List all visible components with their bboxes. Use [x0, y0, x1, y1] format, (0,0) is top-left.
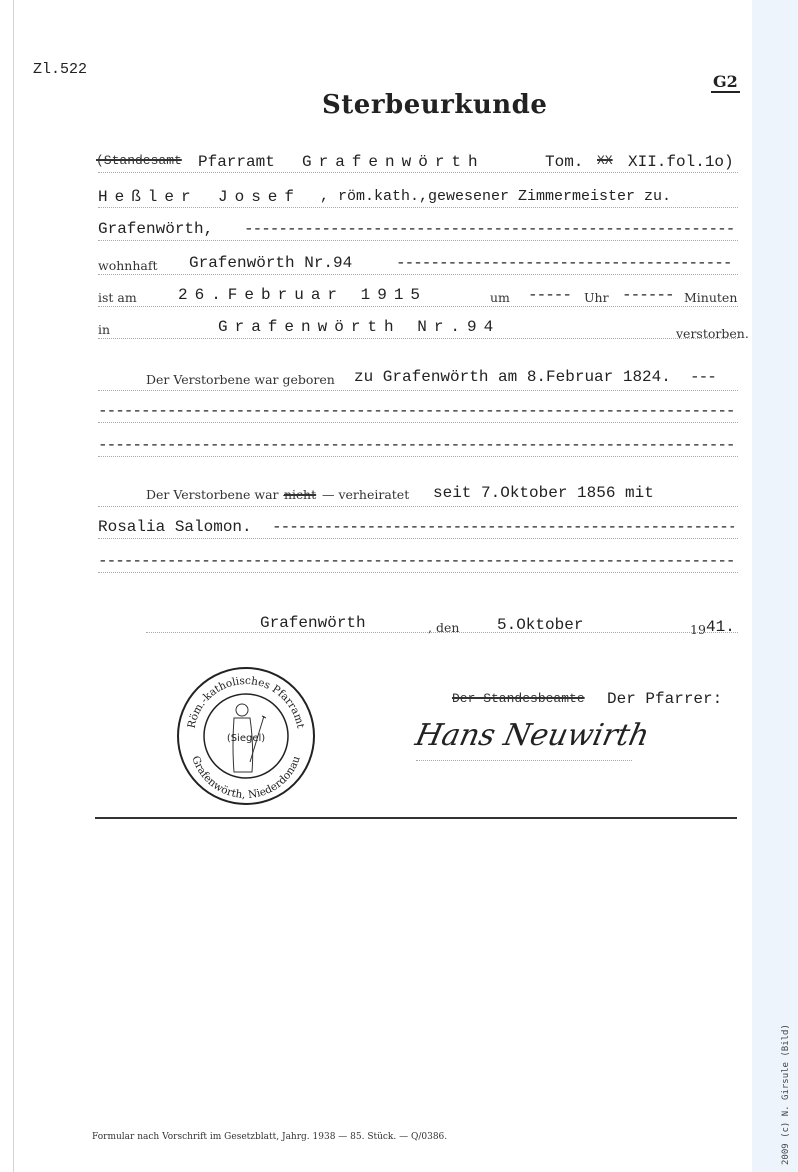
- fill-dashes: ----------------------------------------…: [98, 402, 736, 420]
- tome-label: Tom.: [545, 153, 583, 171]
- fill-dashes: ----------------------------------------…: [396, 254, 734, 272]
- minute-dashes: ------: [622, 286, 680, 304]
- death-place-value: Grafenwörth Nr.94: [218, 318, 500, 336]
- residence-value: Grafenwörth Nr.94: [189, 254, 352, 272]
- fill-dashes: ----------------------------------------…: [272, 518, 734, 536]
- signature: Hans Neuwirth: [412, 718, 652, 753]
- struck-standesamt: (Standesamt: [96, 153, 182, 168]
- fill-dashes: ----------------------------------------…: [98, 552, 736, 570]
- signer-title: Der Pfarrer:: [607, 690, 722, 708]
- fill-dashes: ---: [690, 368, 738, 386]
- copyright-notice: 2009 (c) N. Girsule (Bild): [781, 1005, 791, 1165]
- deceased-surname: Heßler: [98, 188, 198, 206]
- document-title: Sterbeurkunde: [322, 90, 547, 120]
- tome-value: XII.fol.1o): [628, 153, 734, 171]
- fill-dashes: ----------------------------------------…: [244, 220, 734, 238]
- horizontal-rule: [95, 817, 737, 819]
- year-prefix: 19: [690, 622, 706, 637]
- deceased-description: , röm.kath.,gewesener Zimmermeister zu.: [320, 188, 671, 205]
- death-date-value: 26.Februar 1915: [178, 286, 427, 304]
- reference-number: Zl.522: [33, 61, 87, 78]
- deceased-given-name: Josef: [218, 188, 301, 206]
- parish-seal: Röm.-katholisches Pfarramt Grafenwörth, …: [176, 666, 316, 806]
- year-suffix: 41.: [706, 618, 735, 636]
- continuation-place: Grafenwörth,: [98, 220, 213, 238]
- office-name: Pfarramt: [198, 153, 275, 171]
- death-place-label: in: [98, 322, 110, 337]
- residence-label: wohnhaft: [98, 258, 157, 273]
- struck-standesbeamte: Der Standesbeamte: [452, 691, 585, 706]
- scan-margin: [752, 0, 798, 1172]
- issue-place: Grafenwörth: [260, 614, 366, 632]
- um-label: um: [490, 290, 510, 305]
- marriage-struck: nicht: [284, 487, 316, 502]
- marriage-value: seit 7.Oktober 1856 mit: [433, 484, 654, 502]
- issue-date: 5.Oktober: [497, 616, 583, 634]
- marriage-label-prefix: Der Verstorbene war —: [146, 487, 295, 502]
- page-edge: [13, 0, 14, 1172]
- form-code: G2: [711, 72, 740, 93]
- spouse-name: Rosalia Salomon.: [98, 518, 252, 536]
- death-date-label: ist am: [98, 290, 137, 305]
- marriage-label-suffix: — verheiratet: [322, 487, 409, 502]
- uhr-label: Uhr: [584, 290, 609, 305]
- hour-dashes: -----: [528, 286, 576, 304]
- den-label: , den: [428, 620, 459, 635]
- birth-value: zu Grafenwörth am 8.Februar 1824.: [354, 368, 671, 386]
- tome-struck: XX: [597, 153, 613, 168]
- svg-text:(Siegel): (Siegel): [227, 733, 265, 744]
- office-place: Grafenwörth: [302, 153, 485, 171]
- verstorben-label: verstorben.: [676, 326, 749, 341]
- fill-dashes: ----------------------------------------…: [98, 436, 736, 454]
- birth-label: Der Verstorbene war geboren: [146, 372, 335, 387]
- minuten-label: Minuten: [684, 290, 737, 305]
- form-footer: Formular nach Vorschrift im Gesetzblatt,…: [92, 1132, 447, 1142]
